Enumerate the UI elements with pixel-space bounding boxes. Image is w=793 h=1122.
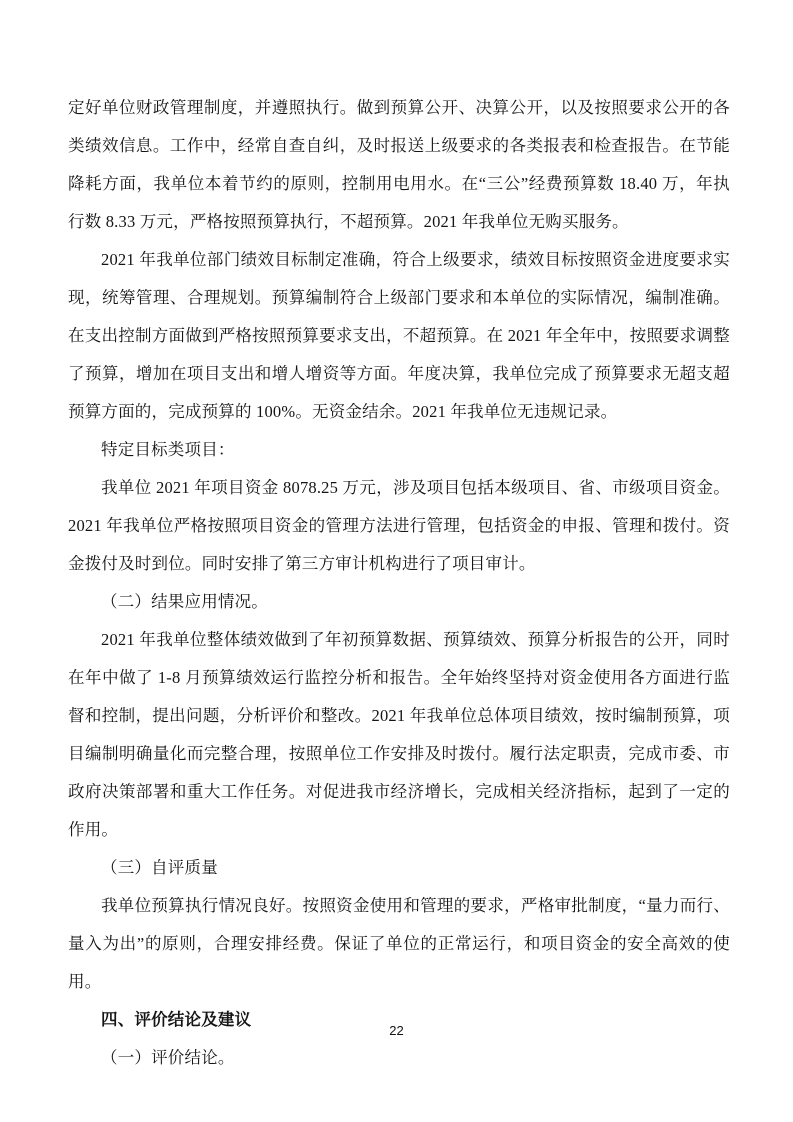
subsection-heading-evaluation-conclusion: （一）评价结论。	[68, 1039, 730, 1077]
paragraph-budget-disclosure: 定好单位财政管理制度，并遵照执行。做到预算公开、决算公开，以及按照要求公开的各类…	[68, 89, 730, 241]
paragraph-overall-performance: 2021 年我单位整体绩效做到了年初预算数据、预算绩效、预算分析报告的公开，同时…	[68, 621, 730, 849]
document-body: 定好单位财政管理制度，并遵照执行。做到预算公开、决算公开，以及按照要求公开的各类…	[68, 89, 730, 1077]
paragraph-department-performance-goals: 2021 年我单位部门绩效目标制定准确，符合上级要求，绩效目标按照资金进度要求实…	[68, 241, 730, 431]
paragraph-specific-goal-projects-label: 特定目标类项目：	[68, 431, 730, 469]
paragraph-budget-execution: 我单位预算执行情况良好。按照资金使用和管理的要求，严格审批制度，“量力而行、量入…	[68, 887, 730, 1001]
subsection-heading-result-application: （二）结果应用情况。	[68, 583, 730, 621]
subsection-heading-self-evaluation-quality: （三）自评质量	[68, 849, 730, 887]
document-page: 定好单位财政管理制度，并遵照执行。做到预算公开、决算公开，以及按照要求公开的各类…	[0, 0, 793, 1122]
paragraph-project-funds: 我单位 2021 年项目资金 8078.25 万元，涉及项目包括本级项目、省、市…	[68, 469, 730, 583]
page-number: 22	[0, 1022, 793, 1040]
